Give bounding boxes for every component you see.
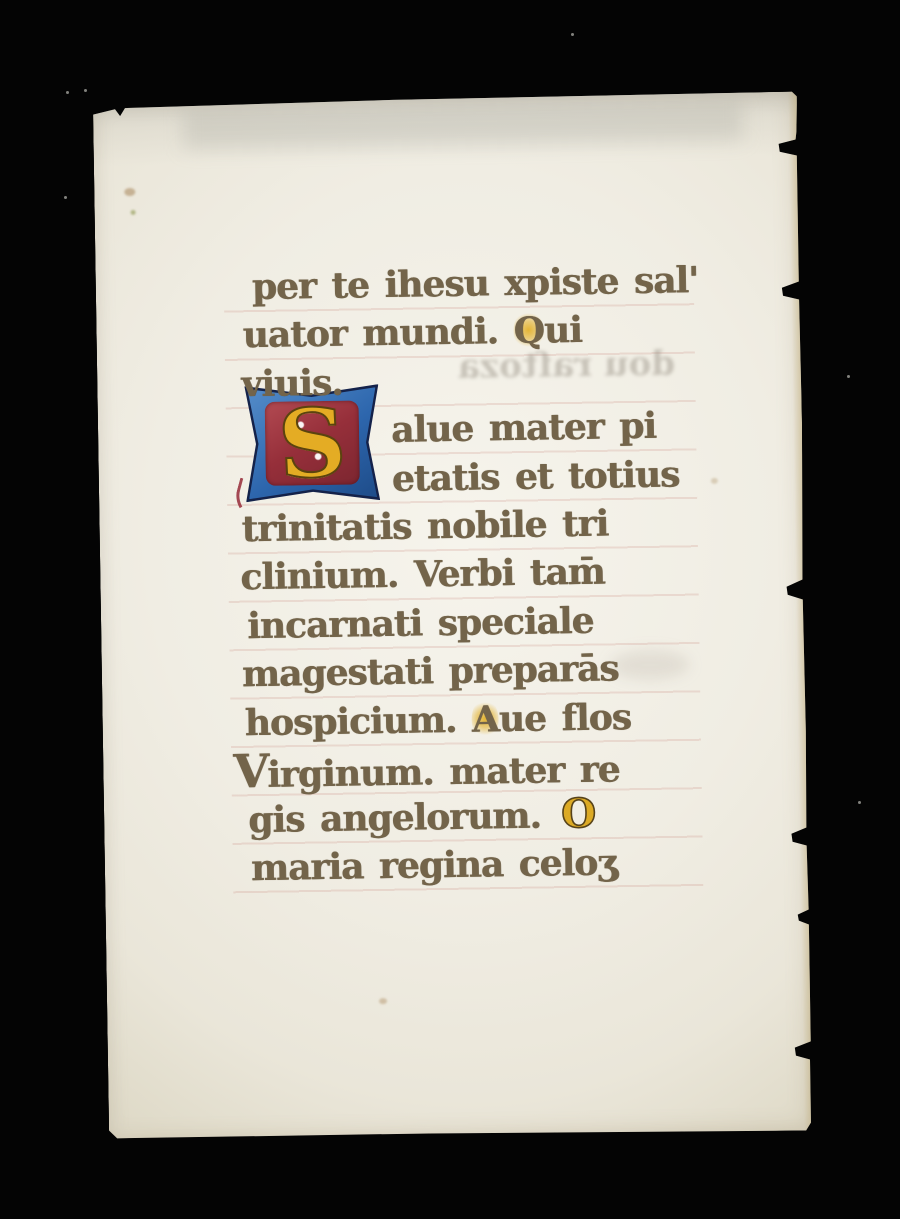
stain — [711, 478, 718, 484]
binding-edge-tint — [788, 92, 813, 1131]
script-text: gis angelorum. — [248, 795, 557, 842]
text-line: maria regina celoʒ — [245, 837, 686, 892]
text-line: per te ihesu xpiste sal' — [235, 256, 676, 311]
script-text: clinium. Verbi tam̄ — [240, 551, 605, 599]
dust-speck — [66, 91, 69, 94]
text-line: alue mater pi — [238, 402, 679, 457]
large-capital: V — [233, 744, 268, 799]
gold-initial-o: O — [556, 790, 596, 838]
stain — [131, 210, 136, 215]
dust-speck — [64, 196, 67, 199]
dust-speck — [847, 375, 850, 378]
text-line: viuis. — [237, 353, 678, 408]
text-block: per te ihesu xpiste sal'uator mundi. Qui… — [235, 256, 685, 892]
script-text: maria regina celoʒ — [251, 841, 617, 889]
yellow-touched-capital: A — [472, 698, 500, 740]
script-text: viuis. — [241, 361, 343, 405]
text-line: clinium. Verbi tam̄ — [240, 547, 681, 602]
script-text: alue mater pi — [391, 405, 657, 451]
script-text: hospicium. — [244, 698, 472, 744]
script-text: incarnati speciale — [247, 600, 594, 647]
stain — [379, 998, 387, 1004]
script-text: irginum. mater re — [267, 748, 620, 796]
text-line: Virginum. mater re — [243, 740, 684, 795]
text-line: etatis et totius — [238, 450, 679, 505]
yellow-touched-capital: Q — [513, 310, 544, 352]
dust-speck — [858, 801, 861, 804]
photo-backdrop: dou raſtoza S per te ihesu xpiste sal'ua… — [0, 0, 900, 1219]
script-text: uator mundi. — [242, 310, 514, 356]
script-text: per te ihesu xpiste sal' — [251, 259, 698, 308]
script-text: etatis et totius — [391, 453, 679, 500]
text-line: uator mundi. Qui — [236, 305, 677, 360]
text-line: hospicium. Aue flos — [242, 692, 683, 747]
text-line: gis angelorum. O — [244, 789, 685, 844]
script-text: ui — [544, 309, 583, 352]
script-text: magestati preparās — [242, 648, 619, 696]
text-line: trinitatis nobile tri — [239, 498, 680, 553]
text-line: magestati preparās — [242, 644, 683, 699]
dust-speck — [84, 89, 87, 92]
script-text: trinitatis nobile tri — [241, 503, 608, 551]
manuscript-leaf: dou raſtoza S per te ihesu xpiste sal'ua… — [93, 92, 813, 1142]
vellum-shading-band — [183, 100, 744, 149]
script-text: ue flos — [498, 696, 631, 740]
text-line: incarnati speciale — [241, 595, 682, 650]
dust-speck — [571, 33, 574, 36]
stain — [124, 188, 135, 196]
